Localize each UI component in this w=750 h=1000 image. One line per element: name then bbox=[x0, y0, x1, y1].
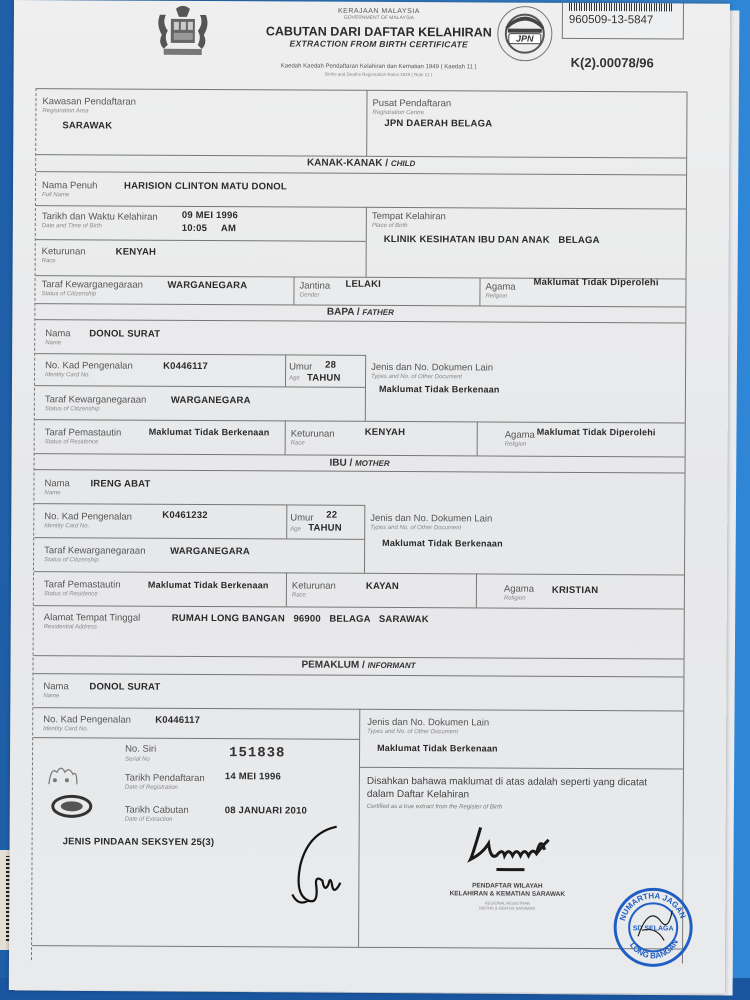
document-header: KERAJAAN MALAYSIA GOVERNMENT OF MALAYSIA… bbox=[14, 0, 730, 94]
mother-age-unit: TAHUN bbox=[308, 523, 342, 534]
header-titles: KERAJAAN MALAYSIA GOVERNMENT OF MALAYSIA… bbox=[229, 7, 529, 50]
mother-age-value: 22 bbox=[326, 510, 337, 521]
father-religion-value: Maklumat Tidak Diperolehi bbox=[537, 427, 656, 438]
form-bottom bbox=[32, 945, 682, 949]
child-religion-value: Maklumat Tidak Diperolehi bbox=[534, 277, 659, 289]
extdate-label: Tarikh Cabutan bbox=[125, 805, 189, 816]
informant-ic-label-en: Identity Card No. bbox=[43, 726, 88, 732]
divider bbox=[476, 573, 477, 607]
father-otherdoc-label-en: Types and No. of Other Document bbox=[371, 374, 462, 380]
stamp-text-mid: SD SELAGA bbox=[633, 925, 674, 932]
informant-name-label-en: Name bbox=[43, 693, 59, 699]
father-race-label-en: Race bbox=[291, 440, 305, 446]
father-race-value: KENYAH bbox=[365, 427, 406, 438]
child-race-row bbox=[36, 239, 366, 278]
mother-citizenship-label: Taraf Kewarganegaraan bbox=[44, 545, 145, 557]
mother-citizenship-value: WARGANEGARA bbox=[170, 546, 250, 557]
mother-race-label-en: Race bbox=[292, 592, 306, 598]
child-pob-value: KLINIK KESIHATAN IBU DAN ANAK BELAGA bbox=[384, 234, 600, 246]
mother-age-label-en: Age bbox=[290, 526, 301, 532]
government-en: GOVERNMENT OF MALAYSIA bbox=[229, 14, 529, 22]
barcode-icon bbox=[569, 3, 674, 12]
centre-label-en: Registration Centre bbox=[372, 110, 424, 116]
father-citizenship-value: WARGANEGARA bbox=[171, 395, 251, 406]
father-race-label: Keturunan bbox=[291, 428, 335, 439]
serial-label-en: Serial No bbox=[125, 757, 150, 763]
child-gender-value: LELAKI bbox=[345, 279, 381, 290]
child-name-label: Nama Penuh bbox=[42, 180, 98, 191]
area-label-en: Registration Area bbox=[42, 108, 88, 114]
father-name-value: DONOL SURAT bbox=[89, 328, 160, 339]
ic-number: 960509-13-5847 bbox=[569, 14, 653, 26]
extdate-label-en: Date of Extraction bbox=[125, 817, 173, 823]
regdate-value: 14 MEI 1996 bbox=[225, 771, 281, 782]
stamp-text-bottom: LONG BANGAN bbox=[628, 938, 680, 961]
child-gender-label: Jantina bbox=[299, 280, 330, 291]
mother-address-label: Alamat Tempat Tinggal bbox=[44, 612, 141, 624]
mother-address-value: RUMAH LONG BANGAN 96900 BELAGA SARAWAK bbox=[172, 613, 429, 625]
area-value: SARAWAK bbox=[62, 120, 112, 131]
father-residence-label: Taraf Pemastautin bbox=[45, 427, 122, 438]
mother-religion-value: KRISTIAN bbox=[552, 585, 599, 596]
reference-number: K(2).00078/96 bbox=[571, 55, 654, 70]
child-religion-label: Agama bbox=[485, 281, 515, 292]
document-title: CABUTAN DARI DAFTAR KELAHIRAN bbox=[229, 24, 529, 40]
father-religion-label-en: Religion bbox=[505, 442, 527, 448]
child-race-value: KENYAH bbox=[116, 247, 157, 258]
divider bbox=[286, 504, 287, 538]
certificate-form: Kawasan Pendaftaran Registration Area SA… bbox=[31, 88, 688, 963]
divider bbox=[364, 505, 365, 573]
divider bbox=[286, 572, 287, 606]
father-ic-value: K0446117 bbox=[163, 361, 208, 372]
father-age-unit: TAHUN bbox=[307, 373, 341, 384]
mother-residence-label: Taraf Pemastautin bbox=[44, 579, 121, 590]
informant-ic-value: K0446117 bbox=[155, 715, 200, 726]
mother-citizenship-label-en: Status of Citizenship bbox=[44, 557, 99, 563]
divider bbox=[293, 276, 294, 304]
informant-ic-label: No. Kad Pengenalan bbox=[43, 714, 131, 725]
father-citizenship-label: Taraf Kewarganegaraan bbox=[45, 394, 146, 406]
mother-residence-value: Maklumat Tidak Berkenaan bbox=[148, 580, 269, 591]
father-name-label-en: Name bbox=[45, 340, 61, 346]
informant-name-label: Nama bbox=[43, 681, 68, 692]
child-religion-label-en: Religion bbox=[485, 293, 507, 299]
signature-left bbox=[278, 824, 359, 924]
child-dob-label: Tarikh dan Waktu Kelahiran bbox=[42, 211, 158, 223]
child-dob-time: 10:05 AM bbox=[182, 223, 236, 234]
father-residence-value: Maklumat Tidak Berkenaan bbox=[149, 427, 270, 438]
regdate-label-en: Date of Registration bbox=[125, 785, 178, 791]
centre-value: JPN DAERAH BELAGA bbox=[384, 118, 492, 130]
jpn-logo-icon: JPN bbox=[496, 5, 554, 63]
child-name-label-en: Full Name bbox=[42, 192, 69, 198]
stamp-text-top: NUMARTHA JAGAN bbox=[618, 891, 688, 922]
father-ic-label: No. Kad Pengenalan bbox=[45, 360, 133, 371]
registrar-title: PENDAFTAR WILAYAHKELAHIRAN & KEMATIAN SA… bbox=[432, 882, 582, 899]
ic-barcode-box: 960509-13-5847 bbox=[562, 3, 684, 40]
serial-label: No. Siri bbox=[125, 744, 156, 755]
father-ic-label-en: Identity Card No. bbox=[45, 372, 90, 378]
regdate-label: Tarikh Pendaftaran bbox=[125, 773, 205, 784]
mother-name-value: IRENG ABAT bbox=[90, 478, 150, 489]
child-race-label-en: Race bbox=[42, 258, 56, 264]
divider bbox=[285, 420, 286, 454]
father-residence-label-en: Status of Residence bbox=[45, 439, 99, 445]
svg-text:NUMARTHA JAGAN: NUMARTHA JAGAN bbox=[618, 891, 688, 922]
mother-race-value: KAYAN bbox=[366, 581, 399, 592]
informant-otherdoc-label-en: Types and No. of Other Document bbox=[367, 729, 458, 735]
mother-address-label-en: Residential Address bbox=[44, 624, 97, 630]
mother-residence-label-en: Status of Residence bbox=[44, 591, 98, 597]
child-citizenship-value: WARGANEGARA bbox=[167, 280, 247, 291]
divider bbox=[285, 354, 286, 386]
father-age-label-en: Age bbox=[289, 375, 300, 381]
mother-ic-value: K0461232 bbox=[162, 510, 208, 521]
mother-otherdoc-label-en: Types and No. of Other Document bbox=[370, 525, 461, 531]
informant-name-value: DONOL SURAT bbox=[89, 681, 160, 692]
child-citizenship-label: Taraf Kewarganegaraan bbox=[41, 279, 142, 291]
mother-race-label: Keturunan bbox=[292, 580, 336, 591]
divider bbox=[365, 355, 366, 421]
rule-reference-ms: Kaedah Kaedah Pendaftaran Kelahiran dan … bbox=[229, 63, 529, 71]
birth-certificate-sheet: KERAJAAN MALAYSIA GOVERNMENT OF MALAYSIA… bbox=[9, 0, 730, 994]
father-religion-label: Agama bbox=[505, 430, 535, 441]
mother-otherdoc-label: Jenis dan No. Dokumen Lain bbox=[370, 513, 492, 525]
certification-text: Disahkan bahawa maklumat di atas adalah … bbox=[367, 775, 677, 803]
child-name-value: HARISION CLINTON MATU DONOL bbox=[124, 181, 287, 193]
mother-otherdoc-value: Maklumat Tidak Berkenaan bbox=[382, 538, 503, 549]
divider bbox=[477, 421, 478, 455]
rule-reference-en: Births and Deaths Registration Rules 194… bbox=[229, 71, 529, 78]
seal-icon bbox=[51, 794, 93, 818]
certify-divider bbox=[359, 767, 683, 770]
child-gender-label-en: Gender bbox=[299, 292, 319, 298]
jpn-logo-text: JPN bbox=[516, 34, 534, 44]
mother-ic-label-en: Identity Card No. bbox=[44, 523, 89, 529]
child-dob-date: 09 MEI 1996 bbox=[182, 210, 238, 221]
document-title-en: EXTRACTION FROM BIRTH CERTIFICATE bbox=[229, 38, 529, 50]
divider bbox=[366, 207, 367, 277]
child-dob-label-en: Date and Time of Birth bbox=[42, 223, 102, 229]
father-age-label: Umur bbox=[289, 361, 312, 372]
amendment-type: JENIS PINDAAN SEKSYEN 25(3) bbox=[63, 836, 215, 848]
informant-otherdoc-label: Jenis dan No. Dokumen Lain bbox=[367, 717, 489, 729]
mother-ic-label: No. Kad Pengenalan bbox=[44, 511, 132, 522]
mother-name-label: Nama bbox=[44, 478, 69, 489]
registrar-subtitle: REGIONAL REGISTRARBIRTHS & DEATHS SARAWA… bbox=[432, 900, 582, 911]
father-residence-row bbox=[35, 419, 685, 457]
child-pob-label-en: Place of Birth bbox=[372, 223, 408, 229]
emblem-sketch-icon bbox=[43, 760, 83, 790]
extdate-value: 08 JANUARI 2010 bbox=[225, 805, 307, 816]
divider bbox=[479, 277, 480, 305]
mother-religion-label: Agama bbox=[504, 584, 534, 595]
child-pob-label: Tempat Kelahiran bbox=[372, 211, 446, 222]
father-otherdoc-label: Jenis dan No. Dokumen Lain bbox=[371, 362, 493, 374]
informant-otherdoc-value: Maklumat Tidak Berkenaan bbox=[377, 743, 498, 754]
serial-number: 151838 bbox=[229, 745, 286, 761]
area-label: Kawasan Pendaftaran bbox=[42, 96, 136, 107]
child-race-label: Keturunan bbox=[42, 246, 86, 257]
svg-text:LONG BANGAN: LONG BANGAN bbox=[628, 938, 680, 961]
mother-religion-label-en: Religion bbox=[504, 596, 526, 602]
official-stamp: NUMARTHA JAGAN LONG BANGAN SD SELAGA bbox=[612, 886, 694, 968]
father-age-value: 28 bbox=[325, 360, 336, 371]
centre-label: Pusat Pendaftaran bbox=[372, 98, 451, 109]
child-citizenship-label-en: Status of Citizenship bbox=[41, 291, 96, 297]
father-name-label: Nama bbox=[45, 328, 70, 339]
coat-of-arms-icon bbox=[154, 5, 212, 59]
registrar-signature bbox=[462, 825, 558, 876]
father-citizenship-label-en: Status of Citizenship bbox=[45, 406, 100, 412]
certification-text-en: Certified as a true extract from the Reg… bbox=[367, 804, 502, 811]
mother-name-label-en: Name bbox=[44, 490, 60, 496]
father-otherdoc-value: Maklumat Tidak Berkenaan bbox=[379, 384, 500, 395]
